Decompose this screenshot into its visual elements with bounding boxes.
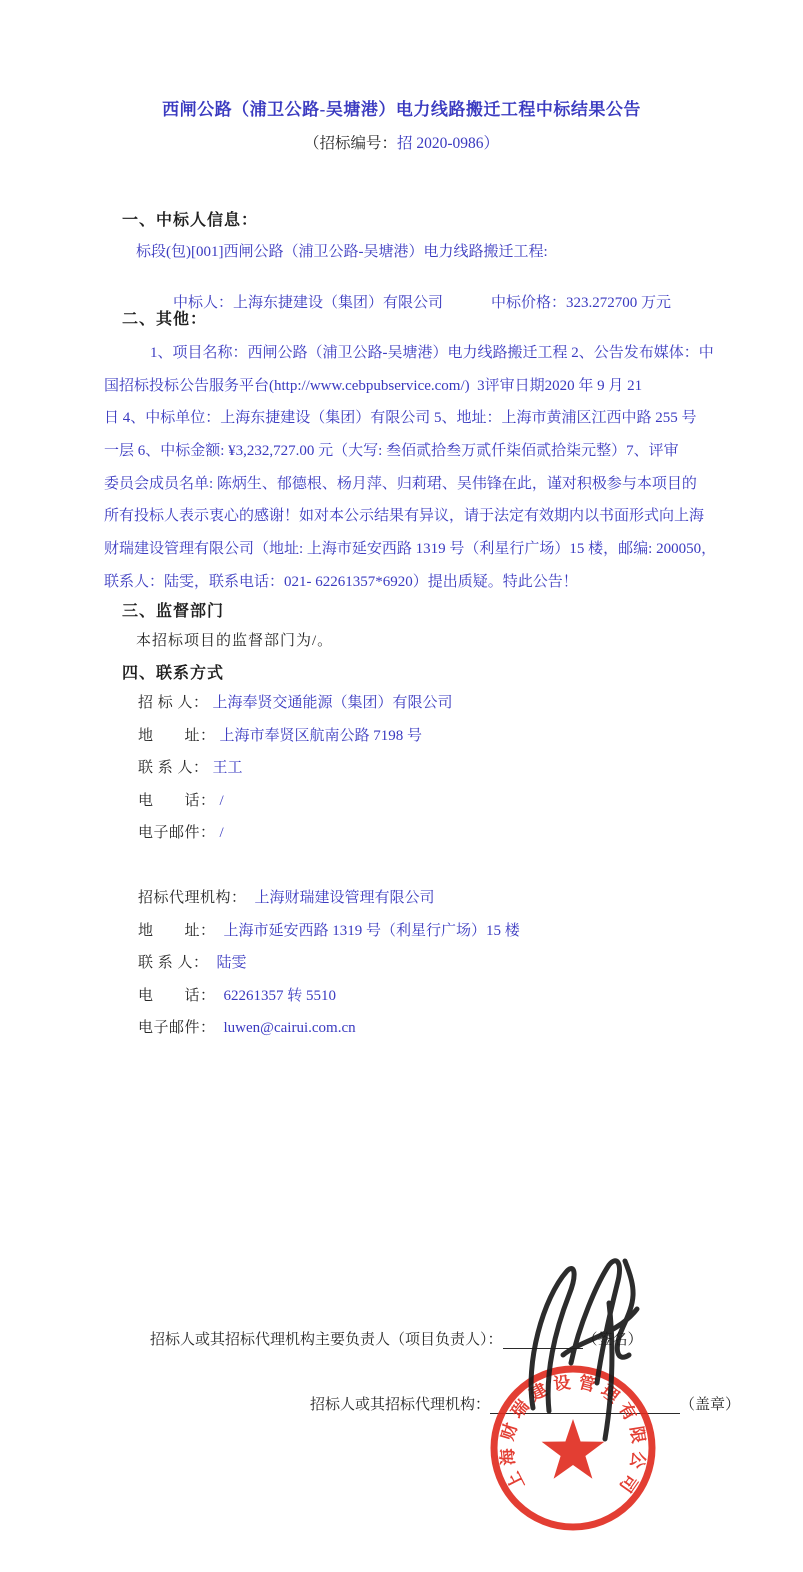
contact-label: 招 标 人： [138, 692, 209, 714]
tender-number-suffix: ） [484, 135, 500, 152]
price-label: 中标价格： [491, 295, 566, 311]
contact-value: luwen@cairui.com.cn [224, 1017, 356, 1039]
section-contact-heading: 四、联系方式 [122, 660, 224, 683]
tender-number-line: （招标编号：招 2020-0986） [0, 131, 803, 153]
signature-stroke [531, 1268, 574, 1411]
contact-value: 上海市延安西路 1319 号（利星行广场）15 楼 [224, 920, 520, 942]
tender-number-value: 招 2020-0986 [397, 135, 484, 152]
seal-line-suffix: （盖章） [680, 1393, 740, 1414]
contact-row-phone: 电 话：62261357 转 5510 [138, 985, 520, 1018]
contact-row-email: 电子邮件：luwen@cairui.com.cn [138, 1017, 520, 1050]
contact-label: 电 话： [138, 790, 216, 812]
contact-label: 联 系 人： [138, 952, 209, 974]
contact-row-email: 电子邮件：/ [138, 822, 453, 855]
contact-row-person: 联 系 人：王工 [138, 757, 453, 790]
paragraph-line: 联系人：陆雯，联系电话：021- 62261357*6920）提出质疑。特此公告… [104, 566, 724, 599]
winner-value: 上海东捷建设（集团）有限公司 [233, 295, 443, 311]
contact-label: 招标代理机构： [138, 887, 247, 909]
contact-value: / [220, 790, 224, 812]
contact-label: 联 系 人： [138, 757, 209, 779]
other-paragraph: 1、项目名称：西闸公路（浦卫公路-吴塘港）电力线路搬迁工程 2、公告发布媒体：中… [104, 337, 724, 599]
contact-value: 上海奉贤交通能源（集团）有限公司 [213, 692, 453, 714]
contact-label: 地 址： [138, 725, 216, 747]
paragraph-line: 财瑞建设管理有限公司（地址: 上海市延安西路 1319 号（利星行广场）15 楼… [104, 533, 724, 566]
contact-label: 电子邮件： [138, 1017, 216, 1039]
paragraph-line: 国招标投标公告服务平台(http://www.cebpubservice.com… [104, 370, 724, 403]
contact-row-agency: 招标代理机构：上海财瑞建设管理有限公司 [138, 887, 520, 920]
winner-line: 中标人：上海东捷建设（集团）有限公司中标价格：323.272700 万元 [158, 274, 671, 329]
contact-label: 地 址： [138, 920, 216, 942]
contact-row-address: 地 址：上海市延安西路 1319 号（利星行广场）15 楼 [138, 920, 520, 953]
announcement-document: 西闸公路（浦卫公路-吴塘港）电力线路搬迁工程中标结果公告 （招标编号：招 202… [0, 0, 803, 1572]
tender-number-prefix: （招标编号： [304, 135, 397, 152]
paragraph-line: 所有投标人表示衷心的感谢！如对本公示结果有异议，请于法定有效期内以书面形式向上海 [104, 500, 724, 533]
contact-row-address: 地 址：上海市奉贤区航南公路 7198 号 [138, 725, 453, 758]
contact-row-tenderer: 招 标 人：上海奉贤交通能源（集团）有限公司 [138, 692, 453, 725]
section-other-heading: 二、其他： [122, 306, 207, 329]
paragraph-line: 日 4、中标单位：上海东捷建设（集团）有限公司 5、地址：上海市黄浦区江西中路 … [104, 402, 724, 435]
contact-value: 陆雯 [217, 952, 247, 974]
contact-value: 62261357 转 5510 [224, 985, 337, 1007]
supervision-body: 本招标项目的监督部门为/。 [136, 629, 333, 650]
contact-label: 电 话： [138, 985, 216, 1007]
handwritten-signature [505, 1243, 675, 1443]
contact-row-person: 联 系 人：陆雯 [138, 952, 520, 985]
agency-contact-block: 招标代理机构：上海财瑞建设管理有限公司 地 址：上海市延安西路 1319 号（利… [138, 887, 520, 1050]
contact-label: 电子邮件： [138, 822, 216, 844]
page-title: 西闸公路（浦卫公路-吴塘港）电力线路搬迁工程中标结果公告 [0, 95, 803, 120]
lot-line: 标段(包)[001]西闸公路（浦卫公路-吴塘港）电力线路搬迁工程: [136, 240, 548, 261]
price-value: 323.272700 万元 [566, 295, 671, 311]
contact-value: 王工 [213, 757, 243, 779]
paragraph-line: 一层 6、中标金额: ¥3,232,727.00 元（大写: 叁佰贰拾叁万贰仟柒… [104, 435, 724, 468]
contact-row-phone: 电 话：/ [138, 790, 453, 823]
section-winner-heading: 一、中标人信息： [122, 207, 258, 230]
section-supervision-heading: 三、监督部门 [122, 598, 224, 621]
paragraph-line: 1、项目名称：西闸公路（浦卫公路-吴塘港）电力线路搬迁工程 2、公告发布媒体：中 [104, 337, 724, 370]
seal-line-label: 招标人或其招标代理机构： [310, 1393, 490, 1414]
signature-line-label: 招标人或其招标代理机构主要负责人（项目负责人）： [150, 1328, 503, 1349]
contact-value: 上海财瑞建设管理有限公司 [255, 887, 435, 909]
tenderer-contact-block: 招 标 人：上海奉贤交通能源（集团）有限公司 地 址：上海市奉贤区航南公路 71… [138, 692, 453, 855]
contact-value: / [220, 822, 224, 844]
contact-value: 上海市奉贤区航南公路 7198 号 [220, 725, 423, 747]
paragraph-line: 委员会成员名单: 陈炳生、郁德根、杨月萍、归莉珺、吴伟锋在此，谨对积极参与本项目… [104, 468, 724, 501]
